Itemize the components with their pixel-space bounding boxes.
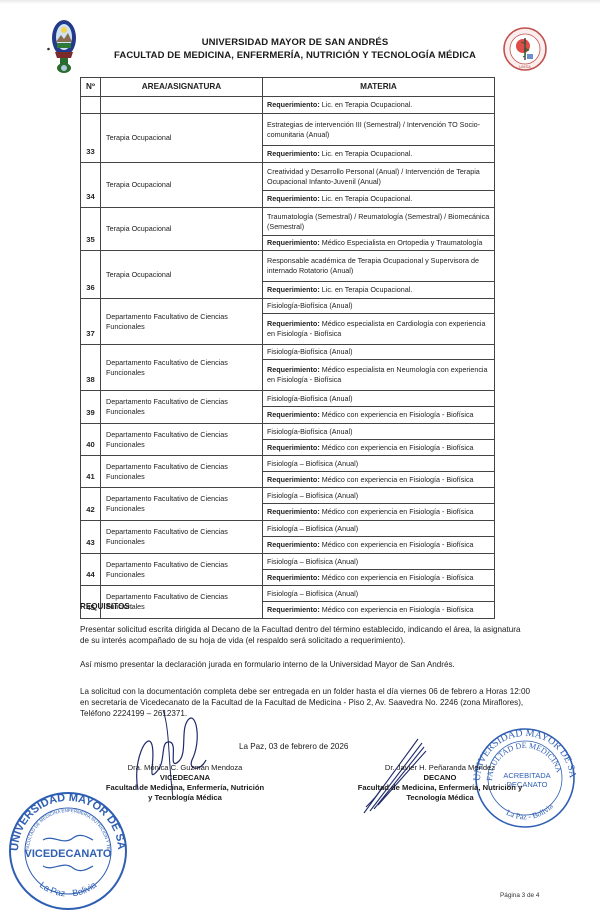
area-cell: Departamento Facultativo de Ciencias Fun…	[101, 554, 263, 586]
vicedecana-faculty: Facultad de Medicina, Enfermería, Nutric…	[105, 783, 265, 803]
table-row: 33Terapia OcupacionalEstrategias de inte…	[81, 114, 495, 146]
area-cell: Terapia Ocupacional	[101, 251, 263, 299]
column-header-materia: MATERIA	[263, 78, 495, 97]
materia-cell: Fisiología – Biofísica (Anual)	[263, 586, 495, 602]
column-header-area: AREA/ASIGNATURA	[101, 78, 263, 97]
row-number: 34	[81, 163, 101, 208]
area-cell: Terapia Ocupacional	[101, 163, 263, 208]
row-number: 41	[81, 456, 101, 488]
requirement-cell: Requerimiento: Médico con experiencia en…	[263, 472, 495, 488]
row-number: 44	[81, 554, 101, 586]
row-number: 39	[81, 391, 101, 424]
table-row: 42Departamento Facultativo de Ciencias F…	[81, 488, 495, 504]
row-number: 40	[81, 424, 101, 456]
column-header-number: Nº	[81, 78, 101, 97]
table-row: 38Departamento Facultativo de Ciencias F…	[81, 345, 495, 360]
area-cell: Terapia Ocupacional	[101, 208, 263, 251]
materia-cell: Fisiología-Biofísica (Anual)	[263, 391, 495, 407]
requirement-cell: Requerimiento: Médico especialista en Ca…	[263, 314, 495, 345]
requirement-cell: Requerimiento: Médico especialista en Ne…	[263, 360, 495, 391]
requirement-cell: Requerimiento: Lic. en Terapia Ocupacion…	[263, 191, 495, 208]
vicedecana-role: VICEDECANA	[75, 773, 295, 783]
area-cell: Departamento Facultativo de Ciencias Fun…	[101, 488, 263, 521]
table-row: 41Departamento Facultativo de Ciencias F…	[81, 456, 495, 472]
facultad-de-medicina-seal-logo: UMSA	[502, 26, 548, 72]
requirement-cell: Requerimiento: Médico Especialista en Or…	[263, 236, 495, 251]
positions-table: Nº AREA/ASIGNATURA MATERIA Requerimiento…	[80, 77, 495, 619]
row-number: 36	[81, 251, 101, 299]
vicedecana-name: Dra. Mónica C. Guzmán Mendoza	[75, 763, 295, 773]
materia-cell: Fisiología-Biofísica (Anual)	[263, 345, 495, 360]
requisitos-title: REQUISITOS:	[80, 601, 530, 612]
materia-cell: Fisiología – Biofísica (Anual)	[263, 456, 495, 472]
requisitos-paragraph-2: Así mismo presentar la declaración jurad…	[80, 659, 530, 670]
area-cell: Terapia Ocupacional	[101, 114, 263, 163]
decano-signature-block: Dr. Javier H. Peñaranda Méndez DECANO Fa…	[330, 763, 550, 803]
faculty-title: FACULTAD DE MEDICINA, ENFERMERÍA, NUTRIC…	[90, 50, 500, 61]
svg-text:VICEDECANATO: VICEDECANATO	[25, 848, 112, 860]
vicedecana-signature-block: Dra. Mónica C. Guzmán Mendoza VICEDECANA…	[75, 763, 295, 803]
row-number: 38	[81, 345, 101, 391]
row-number: 35	[81, 208, 101, 251]
table-row: 44Departamento Facultativo de Ciencias F…	[81, 554, 495, 570]
materia-cell: Creatividad y Desarrollo Personal (Anual…	[263, 163, 495, 191]
scan-edge	[0, 0, 600, 4]
decano-role: DECANO	[330, 773, 550, 783]
area-cell: Departamento Facultativo de Ciencias Fun…	[101, 456, 263, 488]
decano-name: Dr. Javier H. Peñaranda Méndez	[330, 763, 550, 773]
vicedecanato-stamp: UNIVERSIDAD MAYOR DE SAN ANDRES FACULTAD…	[5, 788, 131, 914]
university-title: UNIVERSIDAD MAYOR DE SAN ANDRÉS	[90, 37, 500, 48]
materia-cell: Estrategias de intervención III (Semestr…	[263, 114, 495, 146]
materia-cell: Fisiología – Biofísica (Anual)	[263, 554, 495, 570]
materia-cell: Fisiología – Biofísica (Anual)	[263, 521, 495, 537]
materia-cell: Responsable académica de Terapia Ocupaci…	[263, 251, 495, 282]
requirement-cell: Requerimiento: Médico con experiencia en…	[263, 504, 495, 521]
row-number: 33	[81, 114, 101, 163]
page-number: Página 3 de 4	[500, 892, 539, 899]
requirement-cell: Requerimiento: Médico con experiencia en…	[263, 570, 495, 586]
svg-text:La Paz - Bolivia: La Paz - Bolivia	[505, 801, 555, 821]
requirement-cell: Requerimiento: Lic. en Terapia Ocupacion…	[263, 97, 495, 114]
requirement-cell: Requerimiento: Médico con experiencia en…	[263, 537, 495, 554]
materia-cell: Traumatología (Semestral) / Reumatología…	[263, 208, 495, 236]
svg-text:La Paz - Bolivia: La Paz - Bolivia	[38, 880, 98, 899]
requisitos-paragraph-1: Presentar solicitud escrita dirigida al …	[80, 624, 530, 646]
area-cell: Departamento Facultativo de Ciencias Fun…	[101, 299, 263, 345]
svg-text:UMSA: UMSA	[519, 64, 531, 69]
document-date: La Paz, 03 de febrero de 2026	[239, 742, 348, 751]
requirement-cell: Requerimiento: Lic. en Terapia Ocupacion…	[263, 282, 495, 299]
table-header-row: Nº AREA/ASIGNATURA MATERIA	[81, 78, 495, 97]
area-cell: Departamento Facultativo de Ciencias Fun…	[101, 391, 263, 424]
requirement-cell: Requerimiento: Médico con experiencia en…	[263, 407, 495, 424]
table-row: 37Departamento Facultativo de Ciencias F…	[81, 299, 495, 314]
area-cell: Departamento Facultativo de Ciencias Fun…	[101, 521, 263, 554]
table-row: 34Terapia OcupacionalCreatividad y Desar…	[81, 163, 495, 191]
materia-cell: Fisiología – Biofísica (Anual)	[263, 488, 495, 504]
materia-cell: Fisiología-Biofísica (Anual)	[263, 299, 495, 314]
table-row-continued: Requerimiento: Lic. en Terapia Ocupacion…	[81, 97, 495, 114]
umsa-coat-of-arms-logo	[47, 18, 81, 76]
table-row: 35Terapia OcupacionalTraumatología (Seme…	[81, 208, 495, 236]
requirement-cell: Requerimiento: Lic. en Terapia Ocupacion…	[263, 146, 495, 163]
row-number: 42	[81, 488, 101, 521]
table-row: 40Departamento Facultativo de Ciencias F…	[81, 424, 495, 440]
table-row: 39Departamento Facultativo de Ciencias F…	[81, 391, 495, 407]
materia-cell: Fisiología-Biofísica (Anual)	[263, 424, 495, 440]
table-row: 43Departamento Facultativo de Ciencias F…	[81, 521, 495, 537]
table-row: 45Departamento Facultativo de Ciencias F…	[81, 586, 495, 602]
table-row: 36Terapia OcupacionalResponsable académi…	[81, 251, 495, 282]
row-number: 43	[81, 521, 101, 554]
requirement-cell: Requerimiento: Médico con experiencia en…	[263, 440, 495, 456]
decano-faculty: Facultad de Medicina, Enfermería, Nutric…	[350, 783, 530, 803]
row-number: 37	[81, 299, 101, 345]
area-cell: Departamento Facultativo de Ciencias Fun…	[101, 424, 263, 456]
area-cell: Departamento Facultativo de Ciencias Fun…	[101, 345, 263, 391]
